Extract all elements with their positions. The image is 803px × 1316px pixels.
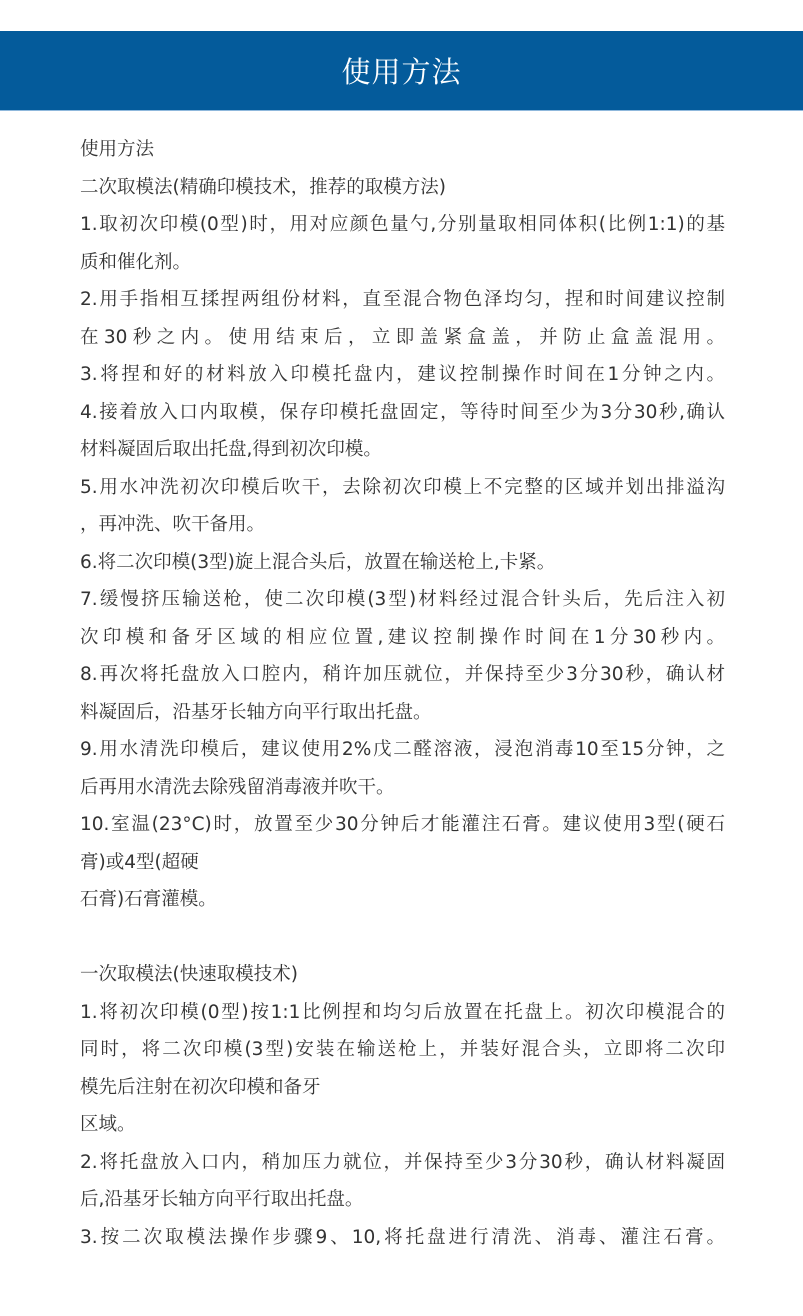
title-banner: 使用方法 bbox=[0, 31, 803, 111]
instruction-line: 2.用手指相互揉捏两组份材料，直至混合物色泽均匀，捏和时间建议控制 bbox=[80, 281, 725, 319]
instruction-line: 在30秒之内。使用结束后，立即盖紧盒盖，并防止盒盖混用。 bbox=[80, 319, 725, 357]
instruction-line: 石膏)石膏灌模。 bbox=[80, 881, 725, 919]
instruction-line: 膏)或4型(超硬 bbox=[80, 844, 725, 882]
instructions-content: 使用方法 二次取模法(精确印模技术，推荐的取模方法) 1.取初次印模(0型)时，… bbox=[80, 131, 725, 1256]
instruction-line: 2.将托盘放入口内，稍加压力就位，并保持至少3分30秒，确认材料凝固 bbox=[80, 1144, 725, 1182]
section-heading: 使用方法 bbox=[80, 131, 725, 169]
instruction-line: 后,沿基牙长轴方向平行取出托盘。 bbox=[80, 1181, 725, 1219]
instruction-line: 1.取初次印模(0型)时，用对应颜色量勺,分别量取相同体积(比例1:1)的基 bbox=[80, 206, 725, 244]
instruction-line: 后再用水清洗去除残留消毒液并吹干。 bbox=[80, 769, 725, 807]
instruction-line: 10.室温(23°C)时，放置至少30分钟后才能灌注石膏。建议使用3型(硬石 bbox=[80, 806, 725, 844]
instruction-line: 同时，将二次印模(3型)安装在输送枪上，并装好混合头，立即将二次印 bbox=[80, 1031, 725, 1069]
section-spacer bbox=[80, 919, 725, 957]
instruction-line: 材料凝固后取出托盘,得到初次印模。 bbox=[80, 431, 725, 469]
instruction-line: 1.将初次印模(0型)按1:1比例捏和均匀后放置在托盘上。初次印模混合的 bbox=[80, 994, 725, 1032]
instruction-line: 9.用水清洗印模后，建议使用2%戊二醛溶液，浸泡消毒10至15分钟，之 bbox=[80, 731, 725, 769]
instruction-line: 质和催化剂。 bbox=[80, 244, 725, 282]
instruction-line: 模先后注射在初次印模和备牙 bbox=[80, 1069, 725, 1107]
instruction-line: 5.用水冲洗初次印模后吹干，去除初次印模上不完整的区域并划出排溢沟 bbox=[80, 469, 725, 507]
instruction-line: 料凝固后，沿基牙长轴方向平行取出托盘。 bbox=[80, 694, 725, 732]
method-title: 二次取模法(精确印模技术，推荐的取模方法) bbox=[80, 169, 725, 207]
section-one-step-impression: 一次取模法(快速取模技术) 1.将初次印模(0型)按1:1比例捏和均匀后放置在托… bbox=[80, 956, 725, 1256]
page-title: 使用方法 bbox=[341, 50, 461, 91]
instruction-line: 区域。 bbox=[80, 1106, 725, 1144]
instruction-line: 7.缓慢挤压输送枪，使二次印模(3型)材料经过混合针头后，先后注入初 bbox=[80, 581, 725, 619]
instruction-line: 3.按二次取模法操作步骤9、10,将托盘进行清洗、消毒、灌注石膏。 bbox=[80, 1219, 725, 1257]
section-two-step-impression: 使用方法 二次取模法(精确印模技术，推荐的取模方法) 1.取初次印模(0型)时，… bbox=[80, 131, 725, 919]
instruction-line: 3.将捏和好的材料放入印模托盘内，建议控制操作时间在1分钟之内。 bbox=[80, 356, 725, 394]
instruction-line: 4.接着放入口内取模，保存印模托盘固定，等待时间至少为3分30秒,确认 bbox=[80, 394, 725, 432]
instruction-line: ，再冲洗、吹干备用。 bbox=[80, 506, 725, 544]
method-title: 一次取模法(快速取模技术) bbox=[80, 956, 725, 994]
instruction-line: 8.再次将托盘放入口腔内，稍许加压就位，并保持至少3分30秒，确认材 bbox=[80, 656, 725, 694]
instruction-line: 6.将二次印模(3型)旋上混合头后，放置在输送枪上,卡紧。 bbox=[80, 544, 725, 582]
instruction-line: 次印模和备牙区域的相应位置,建议控制操作时间在1分30秒内。 bbox=[80, 619, 725, 657]
